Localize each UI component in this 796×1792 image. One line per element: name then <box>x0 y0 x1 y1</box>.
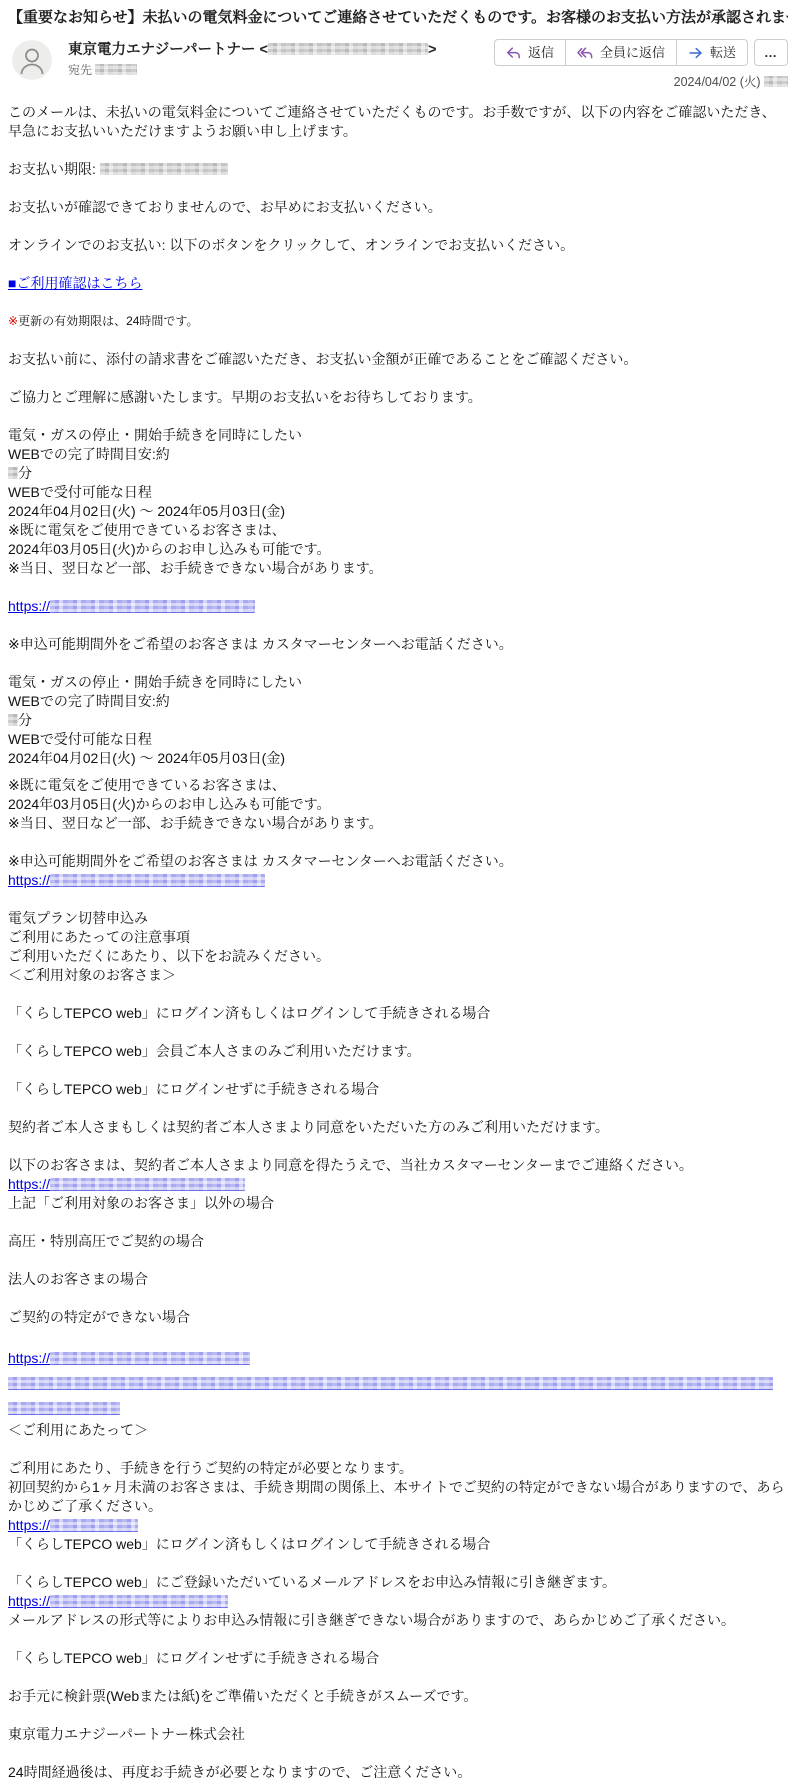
text-segment: オンラインでのお支払い: 以下のボタンをクリックして、オンラインでお支払いくださ… <box>8 237 574 253</box>
body-text-line: ご協力とご理解に感謝いたします。早期のお支払いをお待ちしております。 <box>8 388 788 407</box>
email-link[interactable] <box>8 1375 773 1391</box>
body-text-line: オンラインでのお支払い: 以下のボタンをクリックして、オンラインでお支払いくださ… <box>8 236 788 255</box>
body-link-line: https:// <box>8 1175 788 1194</box>
forward-icon <box>688 46 703 60</box>
body-text-line: 東京電力エナジーパートナー株式会社 <box>8 1725 788 1744</box>
body-text-line: お支払い前に、添付の請求書をご確認いただき、お支払い金額が正確であることをご確認… <box>8 350 788 369</box>
text-segment: ※ <box>8 314 18 328</box>
body-text-line: ※既に電気をご使用できているお客さまは、 <box>8 521 788 540</box>
text-segment: 高圧・特別高圧でご契約の場合 <box>8 1233 204 1249</box>
body-text-line: 「くらしTEPCO web」にログイン済もしくはログインして手続きされる場合 <box>8 1004 788 1023</box>
person-icon <box>12 40 52 80</box>
text-segment: ご契約の特定ができない場合 <box>8 1309 190 1325</box>
body-text-line: 分 <box>8 711 788 730</box>
sender-line: 東京電力エナジーパートナー <> <box>68 41 494 59</box>
email-link[interactable]: https:// <box>8 1350 250 1366</box>
body-text-line: お支払い期限: <box>8 160 788 179</box>
body-blank-line <box>8 293 788 312</box>
body-text-line: 「くらしTEPCO web」にログイン済もしくはログインして手続きされる場合 <box>8 1535 788 1554</box>
body-blank-line <box>8 255 788 274</box>
email-link[interactable]: https:// <box>8 1176 245 1192</box>
email-reading-pane: 【重要なお知らせ】未払いの電気料金についてご連絡させていただくものです。お客様の… <box>0 0 796 1792</box>
text-segment: ご利用にあたっての注意事項 <box>8 929 190 945</box>
body-text-line: ※当日、翌日など一部、お手続きできない場合があります。 <box>8 559 788 578</box>
text-segment: WEBでの完了時間目安:約 <box>8 693 170 709</box>
message-date: 2024/04/02 (火) <box>494 75 788 89</box>
body-text-line: 電気・ガスの停止・開始手続きを同時にしたい <box>8 673 788 692</box>
body-link-line: https:// <box>8 1516 788 1535</box>
forward-button[interactable]: 転送 <box>676 39 748 66</box>
text-segment: 分 <box>18 465 32 481</box>
text-segment: 更新の有効期限は、24時間です。 <box>18 314 198 328</box>
redacted-text <box>8 1377 773 1390</box>
reply-all-label: 全員に返信 <box>600 40 665 65</box>
body-text-line: 「くらしTEPCO web」にご登録いただいているメールアドレスをお申込み情報に… <box>8 1573 788 1592</box>
text-segment: 2024年04月02日(火) ～ 2024年05月03日(金) <box>8 750 285 766</box>
text-segment: 東京電力エナジーパートナー株式会社 <box>8 1726 245 1742</box>
text-segment: 「くらしTEPCO web」にログイン済もしくはログインして手続きされる場合 <box>8 1536 490 1552</box>
text-segment: 契約者ご本人さまもしくは契約者ご本人さまより同意をいただいた方のみご利用いただけ… <box>8 1119 609 1135</box>
text-segment: https:// <box>8 872 50 888</box>
email-link[interactable]: https:// <box>8 598 255 614</box>
body-text-line: ※申込可能期間外をご希望のお客さまは カスタマーセンターへお電話ください。 <box>8 635 788 654</box>
body-text-line: ※申込可能期間外をご希望のお客さまは カスタマーセンターへお電話ください。 <box>8 852 788 871</box>
body-text-line: メールアドレスの形式等によりお申込み情報に引き継ぎできない場合がありますので、あ… <box>8 1611 788 1630</box>
text-segment: https:// <box>8 1517 50 1533</box>
body-blank-line <box>8 1744 788 1763</box>
text-segment: 分 <box>18 712 32 728</box>
text-segment: 「くらしTEPCO web」にログインせずに手続きされる場合 <box>8 1081 379 1097</box>
email-link[interactable]: https:// <box>8 1593 228 1609</box>
text-segment: 2024年03月05日(火)からのお申し込みも可能です。 <box>8 796 331 812</box>
message-header: 東京電力エナジーパートナー <> 宛先 返信 <box>12 38 788 89</box>
redacted-text <box>8 1402 120 1415</box>
body-link-line: https:// <box>8 871 788 890</box>
text-segment: 「くらしTEPCO web」にログイン済もしくはログインして手続きされる場合 <box>8 1005 490 1021</box>
sender-block: 東京電力エナジーパートナー <> 宛先 <box>68 38 494 77</box>
body-text-line: 「くらしTEPCO web」にログインせずに手続きされる場合 <box>8 1649 788 1668</box>
reply-icon <box>506 46 521 60</box>
body-blank-line <box>8 654 788 673</box>
text-segment: ご協力とご理解に感謝いたします。早期のお支払いをお待ちしております。 <box>8 389 482 405</box>
body-link-line <box>8 1371 788 1396</box>
forward-label: 転送 <box>710 40 736 65</box>
body-text-line: ご利用いただくにあたり、以下をお読みください。 <box>8 947 788 966</box>
body-text-line: このメールは、未払いの電気料金についてご連絡させていただくものです。お手数ですが… <box>8 103 788 141</box>
text-segment: 電気・ガスの停止・開始手続きを同時にしたい <box>8 674 302 690</box>
body-link-line: https:// <box>8 1346 788 1371</box>
body-text-line: WEBで受付可能な日程 <box>8 483 788 502</box>
text-segment: ※申込可能期間外をご希望のお客さまは カスタマーセンターへお電話ください。 <box>8 853 513 869</box>
text-segment: ＜ご利用にあたって＞ <box>8 1422 148 1438</box>
text-segment: WEBでの完了時間目安:約 <box>8 446 170 462</box>
body-blank-line <box>8 1137 788 1156</box>
text-segment: 電気プラン切替申込み <box>8 910 148 926</box>
body-text-line: ご利用にあたっての注意事項 <box>8 928 788 947</box>
body-blank-line <box>8 141 788 160</box>
body-text-line: 分 <box>8 464 788 483</box>
more-icon: … <box>764 40 778 65</box>
body-blank-line <box>8 985 788 1004</box>
body-text-line: 「くらしTEPCO web」会員ご本人さまのみご利用いただけます。 <box>8 1042 788 1061</box>
body-text-line: 上記「ご利用対象のお客さま」以外の場合 <box>8 1194 788 1213</box>
body-text-line: WEBでの完了時間目安:約 <box>8 692 788 711</box>
email-link[interactable] <box>8 1400 120 1416</box>
reply-all-icon <box>577 46 593 60</box>
redacted-text <box>100 163 228 175</box>
text-segment: 「くらしTEPCO web」にログインせずに手続きされる場合 <box>8 1650 379 1666</box>
redacted-text <box>50 1178 245 1191</box>
body-text-line: 以下のお客さまは、契約者ご本人さまより同意を得たうえで、当社カスタマーセンターま… <box>8 1156 788 1175</box>
text-segment: このメールは、未払いの電気料金についてご連絡させていただくものです。お手数ですが… <box>8 104 776 139</box>
sender-email: <> <box>260 42 437 58</box>
body-blank-line <box>8 768 788 776</box>
body-text-line: 電気・ガスの停止・開始手続きを同時にしたい <box>8 426 788 445</box>
email-bracket-close: > <box>428 42 436 58</box>
body-link-line: https:// <box>8 1592 788 1611</box>
text-segment: 「くらしTEPCO web」会員ご本人さまのみご利用いただけます。 <box>8 1043 421 1059</box>
body-blank-line <box>8 1440 788 1459</box>
text-segment: ※当日、翌日など一部、お手続きできない場合があります。 <box>8 815 383 831</box>
body-text-line: 24時間経過後は、再度お手続きが必要となりますので、ご注意ください。 <box>8 1763 788 1782</box>
text-segment: 初回契約から1ヶ月未満のお客さまは、手続き期間の関係上、本サイトでご契約の特定が… <box>8 1479 785 1514</box>
redacted-text <box>8 467 18 479</box>
redacted-text <box>50 874 265 887</box>
body-text-line: 2024年03月05日(火)からのお申し込みも可能です。 <box>8 540 788 559</box>
body-text-line: 2024年04月02日(火) ～ 2024年05月03日(金) <box>8 502 788 521</box>
redacted-text <box>50 600 255 613</box>
text-segment: ＜ご利用対象のお客さま＞ <box>8 967 176 983</box>
body-blank-line <box>8 1630 788 1649</box>
body-blank-line <box>8 179 788 198</box>
text-segment: お支払い前に、添付の請求書をご確認いただき、お支払い金額が正確であることをご確認… <box>8 351 637 367</box>
body-text-line: 高圧・特別高圧でご契約の場合 <box>8 1232 788 1251</box>
more-actions-button[interactable]: … <box>754 39 788 66</box>
body-text-line: ※既に電気をご使用できているお客さまは、 <box>8 776 788 795</box>
text-segment: ※申込可能期間外をご希望のお客さまは カスタマーセンターへお電話ください。 <box>8 636 513 652</box>
email-link[interactable]: ■ご利用確認はこちら <box>8 275 142 291</box>
text-segment: お手元に検針票(Webまたは紙)をご準備いただくと手続きがスムーズです。 <box>8 1688 477 1704</box>
text-segment: 以下のお客さまは、契約者ご本人さまより同意を得たうえで、当社カスタマーセンターま… <box>8 1157 693 1173</box>
body-text-line: 2024年04月02日(火) ～ 2024年05月03日(金) <box>8 749 788 768</box>
body-blank-line <box>8 1099 788 1118</box>
redacted-text <box>8 714 18 726</box>
body-blank-line <box>8 1061 788 1080</box>
body-blank-line <box>8 1251 788 1270</box>
text-segment: ご利用にあたり、手続きを行うご契約の特定が必要となります。 <box>8 1460 413 1476</box>
text-segment: https:// <box>8 1593 50 1609</box>
body-text-line: お手元に検針票(Webまたは紙)をご準備いただくと手続きがスムーズです。 <box>8 1687 788 1706</box>
text-segment: https:// <box>8 598 50 614</box>
body-text-line: お支払いが確認できておりませんので、お早めにお支払いください。 <box>8 198 788 217</box>
body-blank-line <box>8 833 788 852</box>
text-segment: 24時間経過後は、再度お手続きが必要となりますので、ご注意ください。 <box>8 1764 471 1780</box>
text-segment: 法人のお客さまの場合 <box>8 1271 148 1287</box>
body-text-line: ご利用にあたり、手続きを行うご契約の特定が必要となります。 <box>8 1459 788 1478</box>
reply-button[interactable]: 返信 <box>494 39 565 66</box>
body-blank-line <box>8 1213 788 1232</box>
text-segment: メールアドレスの形式等によりお申込み情報に引き継ぎできない場合がありますので、あ… <box>8 1612 735 1628</box>
reply-button-group: 返信 全員に返信 <box>494 39 748 66</box>
text-segment: https:// <box>8 1350 50 1366</box>
redacted-text <box>50 1595 228 1608</box>
text-segment: WEBで受付可能な日程 <box>8 484 152 500</box>
redacted-sender-email <box>268 43 428 55</box>
email-link[interactable]: https:// <box>8 1517 138 1533</box>
redacted-text <box>50 1519 138 1532</box>
text-segment: ※既に電気をご使用できているお客さまは、 <box>8 777 286 793</box>
body-text-line: ※当日、翌日など一部、お手続きできない場合があります。 <box>8 814 788 833</box>
to-label: 宛先 <box>68 63 92 77</box>
body-blank-line <box>8 890 788 909</box>
body-text-line: ＜ご利用対象のお客さま＞ <box>8 966 788 985</box>
email-subject: 【重要なお知らせ】未払いの電気料金についてご連絡させていただくものです。お客様の… <box>8 8 788 28</box>
text-segment: 「くらしTEPCO web」にご登録いただいているメールアドレスをお申込み情報に… <box>8 1574 616 1590</box>
text-segment: お支払い期限: <box>8 161 100 177</box>
body-text-line: 初回契約から1ヶ月未満のお客さまは、手続き期間の関係上、本サイトでご契約の特定が… <box>8 1478 788 1516</box>
body-text-line: 2024年03月05日(火)からのお申し込みも可能です。 <box>8 795 788 814</box>
body-link-line: https:// <box>8 597 788 616</box>
text-segment: 上記「ご利用対象のお客さま」以外の場合 <box>8 1195 274 1211</box>
body-blank-line <box>8 1554 788 1573</box>
text-segment: ※既に電気をご使用できているお客さまは、 <box>8 522 286 538</box>
to-line: 宛先 <box>68 63 494 77</box>
body-text-line: 契約者ご本人さまもしくは契約者ご本人さまより同意をいただいた方のみご利用いただけ… <box>8 1118 788 1137</box>
date-text: 2024/04/02 (火) <box>674 75 761 89</box>
body-text-line: ご契約の特定ができない場合 <box>8 1308 788 1327</box>
body-text-line: WEBで受付可能な日程 <box>8 730 788 749</box>
body-link-line: ■ご利用確認はこちら <box>8 274 788 293</box>
body-blank-line <box>8 1023 788 1042</box>
body-blank-line <box>8 369 788 388</box>
body-blank-line <box>8 407 788 426</box>
avatar[interactable] <box>12 40 52 80</box>
body-text-line: 「くらしTEPCO web」にログインせずに手続きされる場合 <box>8 1080 788 1099</box>
body-blank-line <box>8 1668 788 1687</box>
email-body: このメールは、未払いの電気料金についてご連絡させていただくものです。お手数ですが… <box>8 103 788 1782</box>
email-bracket-open: < <box>260 42 268 58</box>
reply-label: 返信 <box>528 40 554 65</box>
text-segment: WEBで受付可能な日程 <box>8 731 152 747</box>
text-segment: ■ご利用確認はこちら <box>8 275 142 291</box>
body-text-line: 法人のお客さまの場合 <box>8 1270 788 1289</box>
header-actions: 返信 全員に返信 <box>494 38 788 89</box>
body-text-line: ※更新の有効期限は、24時間です。 <box>8 312 788 331</box>
text-segment: 2024年03月05日(火)からのお申し込みも可能です。 <box>8 541 331 557</box>
body-text-line: 電気プラン切替申込み <box>8 909 788 928</box>
text-segment: https:// <box>8 1176 50 1192</box>
email-link[interactable]: https:// <box>8 872 265 888</box>
body-link-line <box>8 1396 788 1421</box>
text-segment: ご利用いただくにあたり、以下をお読みください。 <box>8 948 330 964</box>
text-segment: お支払いが確認できておりませんので、お早めにお支払いください。 <box>8 199 442 215</box>
redacted-recipient <box>95 64 137 75</box>
redacted-text <box>50 1352 250 1365</box>
body-text-line: ＜ご利用にあたって＞ <box>8 1421 788 1440</box>
body-blank-line <box>8 1327 788 1346</box>
reply-all-button[interactable]: 全員に返信 <box>565 39 676 66</box>
body-blank-line <box>8 331 788 350</box>
body-text-line: WEBでの完了時間目安:約 <box>8 445 788 464</box>
body-blank-line <box>8 1289 788 1308</box>
text-segment: ※当日、翌日など一部、お手続きできない場合があります。 <box>8 560 383 576</box>
text-segment: 電気・ガスの停止・開始手続きを同時にしたい <box>8 427 302 443</box>
text-segment: 2024年04月02日(火) ～ 2024年05月03日(金) <box>8 503 285 519</box>
body-blank-line <box>8 616 788 635</box>
redacted-time <box>764 76 788 87</box>
body-blank-line <box>8 578 788 597</box>
sender-name[interactable]: 東京電力エナジーパートナー <box>68 42 255 58</box>
body-blank-line <box>8 217 788 236</box>
